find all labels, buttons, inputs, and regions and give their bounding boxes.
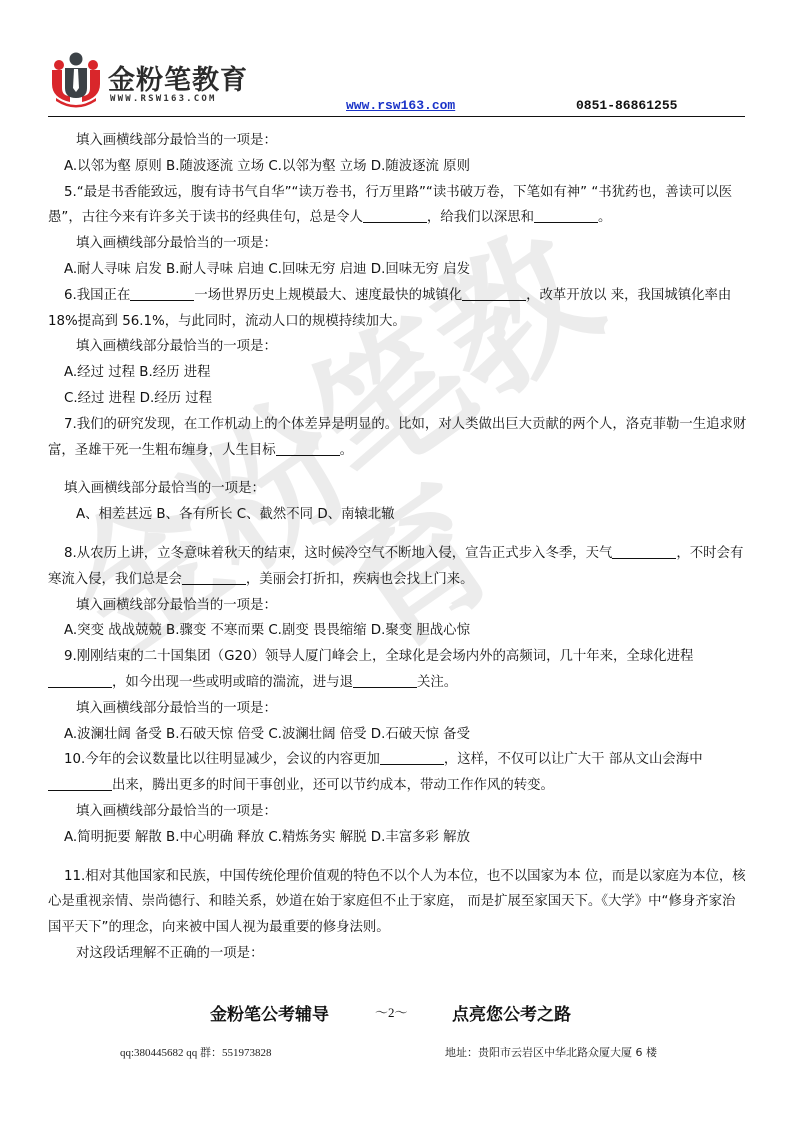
- question-text: 8.从农历上讲，立冬意味着秋天的结束，这时候冷空气不断地入侵，宣告正式步入冬季，…: [64, 546, 612, 561]
- question-text: 6.我国正在: [64, 288, 130, 303]
- question-6: 6.我国正在一场世界历史上规模最大、速度最快的城镇化，改革开放以 来，我国城镇化…: [48, 283, 748, 335]
- answer-options: A.以邻为壑 原则 B.随波逐流 立场 C.以邻为壑 立场 D.随波逐流 原则: [48, 154, 748, 180]
- address: 地址：贵阳市云岩区中华北路众厦大厦 6 楼: [445, 1044, 657, 1060]
- question-text: ，: [676, 546, 689, 561]
- fill-blank: [276, 441, 340, 456]
- question-text: 。: [340, 443, 353, 458]
- fill-blank: [182, 570, 246, 585]
- question-text: ，美丽会打折扣，疾病也会找上门来。: [246, 572, 474, 587]
- answer-options: A.耐人寻味 启发 B.耐人寻味 启迪 C.回味无穷 启迪 D.回味无穷 启发: [48, 257, 748, 283]
- question-text: ，改革开放以 来，我国城镇: [526, 288, 691, 303]
- question-text: 关注。: [417, 675, 457, 690]
- phone-number: 0851-86861255: [576, 98, 677, 113]
- question-text: 5.“最是书香能致远，腹有诗书气自华”“读万卷书，行万里路”“读书破万卷，下笔如…: [64, 185, 692, 200]
- header-divider: [48, 116, 745, 117]
- question-text: 程: [680, 649, 693, 664]
- question-text: 9.刚刚结束的二十国集团（G20）领导人厦门峰会上，全球化是会场内外的高频词，几…: [64, 649, 680, 664]
- question-prompt: 对这段话理解不正确的一项是：: [48, 941, 748, 967]
- fill-blank: [130, 286, 194, 301]
- fill-blank: [48, 776, 112, 791]
- question-7: 7.我们的研究发现，在工作机动上的个体差异是明显的。比如，对人类做出巨大贡献的两…: [48, 412, 748, 464]
- page-number: ～2～: [375, 1002, 408, 1021]
- question-prompt: 填入画横线部分最恰当的一项是：: [48, 799, 748, 825]
- footer-slogan-right: 点亮您公考之路: [452, 1000, 571, 1025]
- question-prompt: 填入画横线部分最恰当的一项是：: [48, 128, 748, 154]
- question-text: 中: [689, 752, 702, 767]
- answer-options: A.突变 战战兢兢 B.骤变 不寒而栗 C.剧变 畏畏缩缩 D.聚变 胆战心惊: [48, 618, 748, 644]
- logo-icon: [50, 52, 102, 108]
- fill-blank: [462, 286, 526, 301]
- question-text: 11.相对其他国家和民族，中国传统伦理价值观的特色不以个人为本位，也不以国家为本…: [64, 869, 679, 884]
- footer-slogan-left: 金粉笔公考辅导: [210, 1000, 329, 1025]
- page-header: 金粉笔教育 WWW.RSW163.COM www.rsw163.com 0851…: [48, 46, 745, 118]
- question-text: ，给我们以深思和: [427, 210, 534, 225]
- question-text: 一场世界历史上规模最大、速度最快的城镇化: [194, 288, 462, 303]
- fill-blank: [353, 673, 417, 688]
- qq-contact: qq:380445682 qq 群：551973828: [120, 1044, 272, 1060]
- question-5: 5.“最是书香能致远，腹有诗书气自华”“读万卷书，行万里路”“读书破万卷，下笔如…: [48, 180, 748, 232]
- question-prompt: 填入画横线部分最恰当的一项是：: [48, 476, 748, 502]
- question-text: 出来，腾出更多的时间干事创业，还可以节约成本，带动工作作风的转变。: [112, 778, 554, 793]
- brand-subtitle: WWW.RSW163.COM: [110, 94, 217, 104]
- document-body: 填入画横线部分最恰当的一项是： A.以邻为壑 原则 B.随波逐流 立场 C.以邻…: [48, 128, 748, 967]
- question-8: 8.从农历上讲，立冬意味着秋天的结束，这时候冷空气不断地入侵，宣告正式步入冬季，…: [48, 541, 748, 593]
- fill-blank: [380, 750, 444, 765]
- footer-contact: qq:380445682 qq 群：551973828 地址：贵阳市云岩区中华北…: [0, 1044, 793, 1064]
- fill-blank: [612, 544, 676, 559]
- question-9: 9.刚刚结束的二十国集团（G20）领导人厦门峰会上，全球化是会场内外的高频词，几…: [48, 644, 748, 696]
- page-footer: 金粉笔公考辅导 ～2～ 点亮您公考之路: [0, 1000, 793, 1030]
- fill-blank: [363, 208, 427, 223]
- brand-title: 金粉笔教育: [108, 58, 248, 97]
- question-11: 11.相对其他国家和民族，中国传统伦理价值观的特色不以个人为本位，也不以国家为本…: [48, 864, 748, 941]
- answer-options: A、相差甚远 B、各有所长 C、截然不同 D、南辕北辙: [48, 502, 748, 528]
- answer-options: A.简明扼要 解散 B.中心明确 释放 C.精炼务实 解脱 D.丰富多彩 解放: [48, 825, 748, 851]
- fill-blank: [534, 208, 598, 223]
- question-prompt: 填入画横线部分最恰当的一项是：: [48, 696, 748, 722]
- question-10: 10.今年的会议数量比以往明显减少，会议的内容更加，这样，不仅可以让广大干 部从…: [48, 747, 748, 799]
- answer-options: C.经过 进程 D.经历 过程: [48, 386, 748, 412]
- question-text: ，这样，不仅可以让广大干 部从文山会海: [444, 752, 689, 767]
- question-text: 7.我们的研究发现，在工作机动上的个体差异是明显的。比如，对人类做出巨大贡献的两…: [64, 417, 679, 432]
- question-text: 。: [598, 210, 611, 225]
- fill-blank: [48, 673, 112, 688]
- answer-options: A.经过 过程 B.经历 进程: [48, 360, 748, 386]
- question-prompt: 填入画横线部分最恰当的一项是：: [48, 334, 748, 360]
- question-text: ，如今出现一些或明或暗的湍流，进与退: [112, 675, 353, 690]
- question-text: 10.今年的会议数量比以往明显减少，会议的内容更加: [64, 752, 380, 767]
- website-link[interactable]: www.rsw163.com: [346, 98, 455, 113]
- question-prompt: 填入画横线部分最恰当的一项是：: [48, 593, 748, 619]
- question-prompt: 填入画横线部分最恰当的一项是：: [48, 231, 748, 257]
- answer-options: A.波澜壮阔 备受 B.石破天惊 倍受 C.波澜壮阔 倍受 D.石破天惊 备受: [48, 722, 748, 748]
